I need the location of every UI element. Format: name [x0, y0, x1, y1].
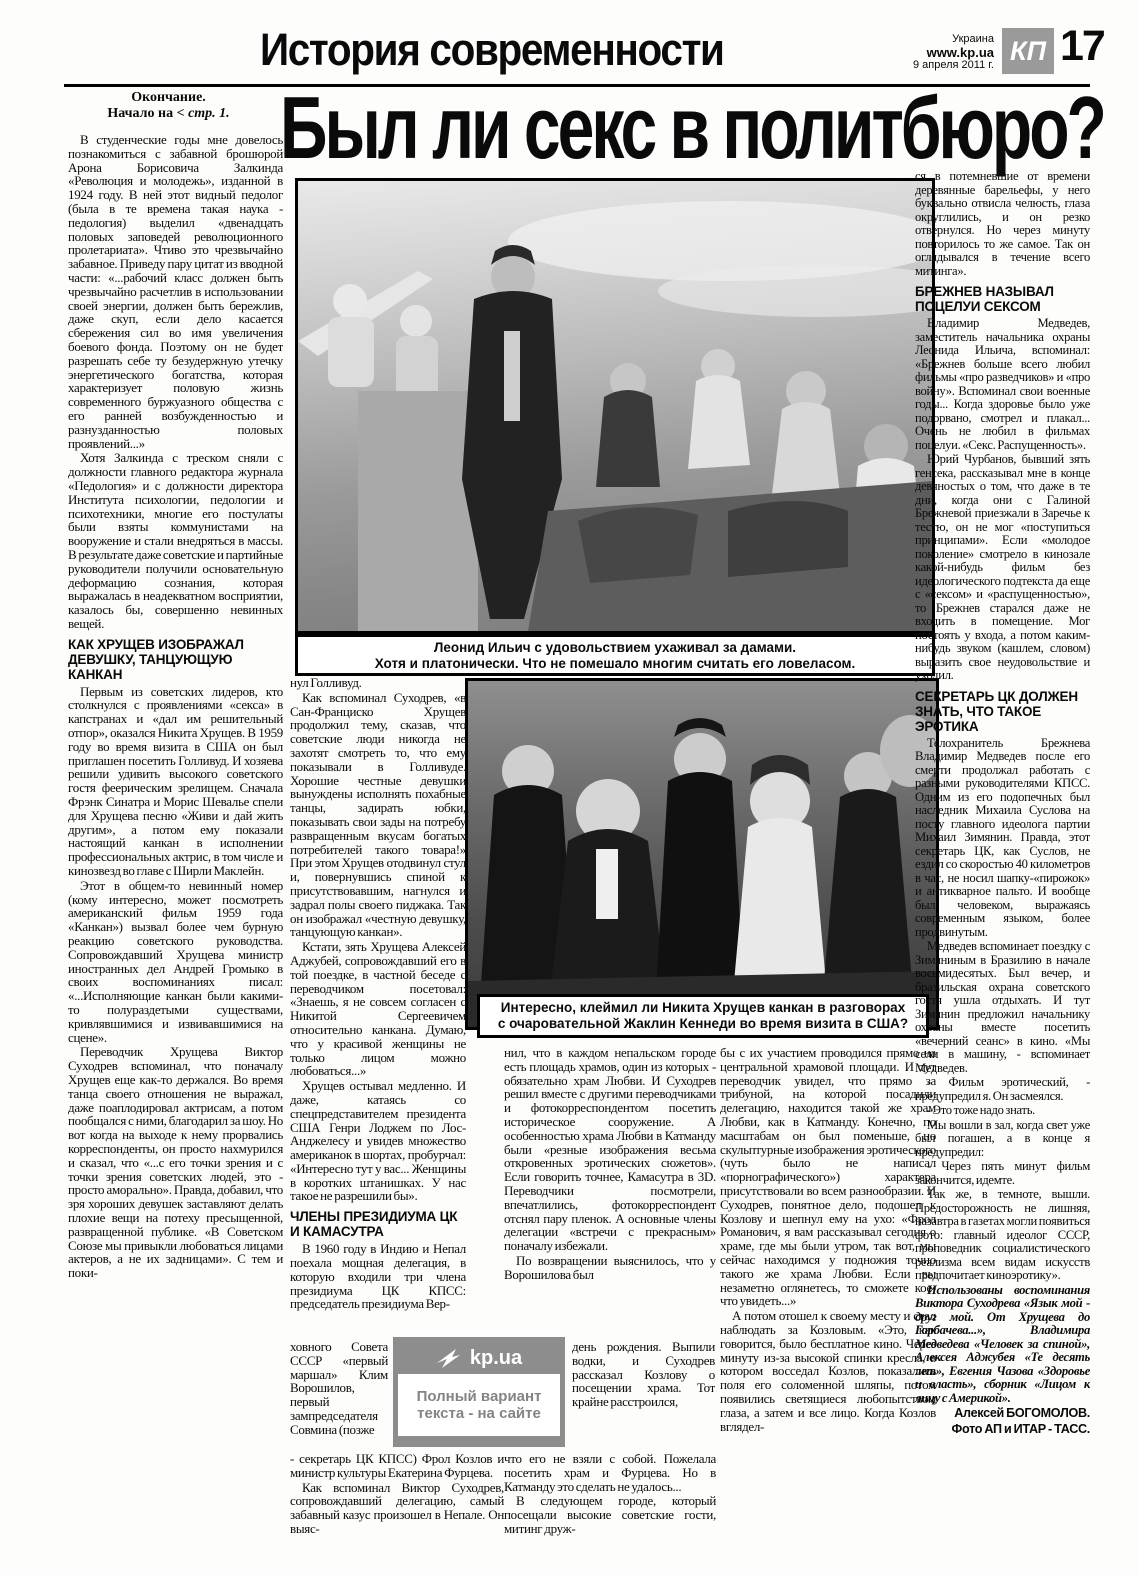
photo2-caption-line1: Интересно, клеймил ли Никита Хрущев канк… [484, 1000, 922, 1016]
kp-site-promo: kp.ua Полный вариант текста - на сайте [393, 1337, 565, 1447]
page-number: 17 [1060, 22, 1104, 71]
article-paragraph: В 1960 году в Индию и Непал поехала мощн… [290, 1242, 466, 1311]
article-paragraph: Первым из советских лидеров, кто столкну… [68, 685, 283, 878]
edition-date: 9 апреля 2011 г. [872, 59, 994, 72]
continuation-line2: Начало на < стр. 1. [96, 106, 241, 122]
kp-promo-logo: kp.ua [470, 1347, 522, 1370]
article-paragraph: А потом отошел к своему месту и стал наб… [720, 1309, 936, 1433]
article-paragraph: Медведев вспоминает поездку с Зимяниным … [915, 940, 1090, 1075]
photo2-caption-line2: с очаровательной Жаклин Кеннеди во время… [484, 1016, 922, 1032]
article-column-3-wrap: день рождения. Выпили водки, и Суходрев … [572, 1340, 715, 1450]
article-paragraph: ся в потемневшие от времени деревянные б… [915, 170, 1090, 278]
article-paragraph: Кстати, зять Хрущева Алексей Аджубей, со… [290, 940, 466, 1078]
article-column-2-bottom: - секретарь ЦК КПСС) Фрол Козлов и минис… [290, 1452, 504, 1568]
edition-meta: Украина www.kp.ua 9 апреля 2011 г. [872, 33, 994, 72]
continuation-note: Окончание. Начало на < стр. 1. [96, 90, 241, 122]
article-column-2: нул Голливуд.Как вспоминал Суходрев, «в … [290, 676, 466, 1336]
byline: Фото АП и ИТАР - ТАСС. [915, 1423, 1090, 1437]
article-paragraph: Этот в общем-то невинный номер (кому инт… [68, 879, 283, 1045]
section-subhead: КАК ХРУЩЕВ ИЗОБРАЖАЛ ДЕВУШКУ, ТАНЦУЮЩУЮ … [68, 637, 283, 682]
article-column-1: В студенческие годы мне довелось познако… [68, 133, 283, 1565]
article-paragraph: Как вспоминал Суходрев, «в Сан-Франциско… [290, 691, 466, 939]
article-paragraph: Телохранитель Брежнева Владимир Медведев… [915, 737, 1090, 940]
article-paragraph: Владимир Медведев, заместитель начальник… [915, 317, 1090, 452]
article-paragraph: В студенческие годы мне довелось познако… [68, 133, 283, 450]
article-paragraph: Так же, в темноте, вышли. Предосторожнос… [915, 1188, 1090, 1283]
article-column-5: ся в потемневшие от времени деревянные б… [915, 170, 1090, 1572]
photo1-caption: Леонид Ильич с удовольствием ухаживал за… [295, 634, 935, 676]
kp-promo-header: kp.ua [398, 1342, 560, 1374]
article-paragraph: нил, что в каждом непальском городе есть… [504, 1046, 716, 1253]
photo-boat-illustration [298, 181, 932, 631]
section-title: История современности [260, 24, 724, 76]
section-subhead: БРЕЖНЕВ НАЗЫВАЛ ПОЦЕЛУИ СЕКСОМ [915, 284, 1090, 314]
article-paragraph: день рождения. Выпили водки, и Суходрев … [572, 1340, 715, 1409]
article-paragraph: Использованы воспоминания Виктора Суходр… [915, 1284, 1090, 1406]
site-url: www.kp.ua [872, 46, 994, 59]
kp-masthead-logo: КП [1002, 28, 1054, 74]
article-paragraph: нул Голливуд. [290, 676, 466, 690]
main-headline: Был ли секс в политбюро? [280, 86, 1104, 170]
photo2-caption: Интересно, клеймил ли Никита Хрущев канк… [477, 994, 929, 1038]
section-subhead: СЕКРЕТАРЬ ЦК ДОЛЖЕН ЗНАТЬ, ЧТО ТАКОЕ ЭРО… [915, 689, 1090, 734]
article-column-4: бы с их участием проводился прямо на цен… [720, 1046, 936, 1568]
article-paragraph: - секретарь ЦК КПСС) Фрол Козлов и минис… [290, 1452, 504, 1480]
article-paragraph: Юрий Чурбанов, бывший зять генсека, расс… [915, 453, 1090, 683]
page-ref-arrow-icon: < [177, 106, 185, 121]
newspaper-page: История современности Украина www.kp.ua … [0, 0, 1138, 1575]
page-ref: стр. 1. [188, 106, 230, 121]
article-column-3-bottom: что его не взяли с собой. Пожелала посет… [504, 1452, 716, 1568]
article-paragraph: Как вспоминал Виктор Суходрев, сопровожд… [290, 1481, 504, 1536]
section-subhead: ЧЛЕНЫ ПРЕЗИДИУМА ЦК И КАМАСУТРА [290, 1209, 466, 1239]
photo1-caption-line1: Леонид Ильич с удовольствием ухаживал за… [302, 640, 928, 656]
photo1-caption-line2: Хотя и платонически. Что не помешало мно… [302, 656, 928, 672]
article-column-2-wrap: ховного Совета СССР «первый маршал» Клим… [290, 1340, 388, 1450]
article-paragraph: ховного Совета СССР «первый маршал» Клим… [290, 1340, 388, 1437]
article-paragraph: В следующем городе, который посещали выс… [504, 1494, 716, 1535]
article-paragraph: - Через пять минут фильм закончится, иде… [915, 1160, 1090, 1187]
article-paragraph: Переводчик Хрущева Виктор Суходрев вспом… [68, 1045, 283, 1280]
photo-khrushchev-kennedy-scene [465, 678, 939, 1030]
photo-reception-illustration [468, 681, 936, 1027]
article-paragraph: Хрущев остывал медленно. И даже, катаясь… [290, 1079, 466, 1203]
kp-arrow-icon [436, 1347, 462, 1369]
article-paragraph: - Это тоже надо знать. [915, 1104, 1090, 1118]
article-paragraph: Хотя Залкинда с треском сняли с должност… [68, 451, 283, 630]
article-paragraph: По возвращении выяснилось, что у Ворошил… [504, 1254, 716, 1282]
byline: Алексей БОГОМОЛОВ. [915, 1407, 1090, 1421]
article-paragraph: что его не взяли с собой. Пожелала посет… [504, 1452, 716, 1493]
photo-brezhnev-boat-scene [295, 178, 935, 634]
continuation-line1: Окончание. [96, 90, 241, 106]
article-paragraph: Мы вошли в зал, когда свет уже был погаш… [915, 1119, 1090, 1160]
article-paragraph: бы с их участием проводился прямо на цен… [720, 1046, 936, 1308]
article-paragraph: - Фильм эротический, - предупредил я. Он… [915, 1076, 1090, 1103]
article-column-3: нил, что в каждом непальском городе есть… [504, 1046, 716, 1336]
kp-promo-text: Полный вариант текста - на сайте [398, 1374, 560, 1436]
